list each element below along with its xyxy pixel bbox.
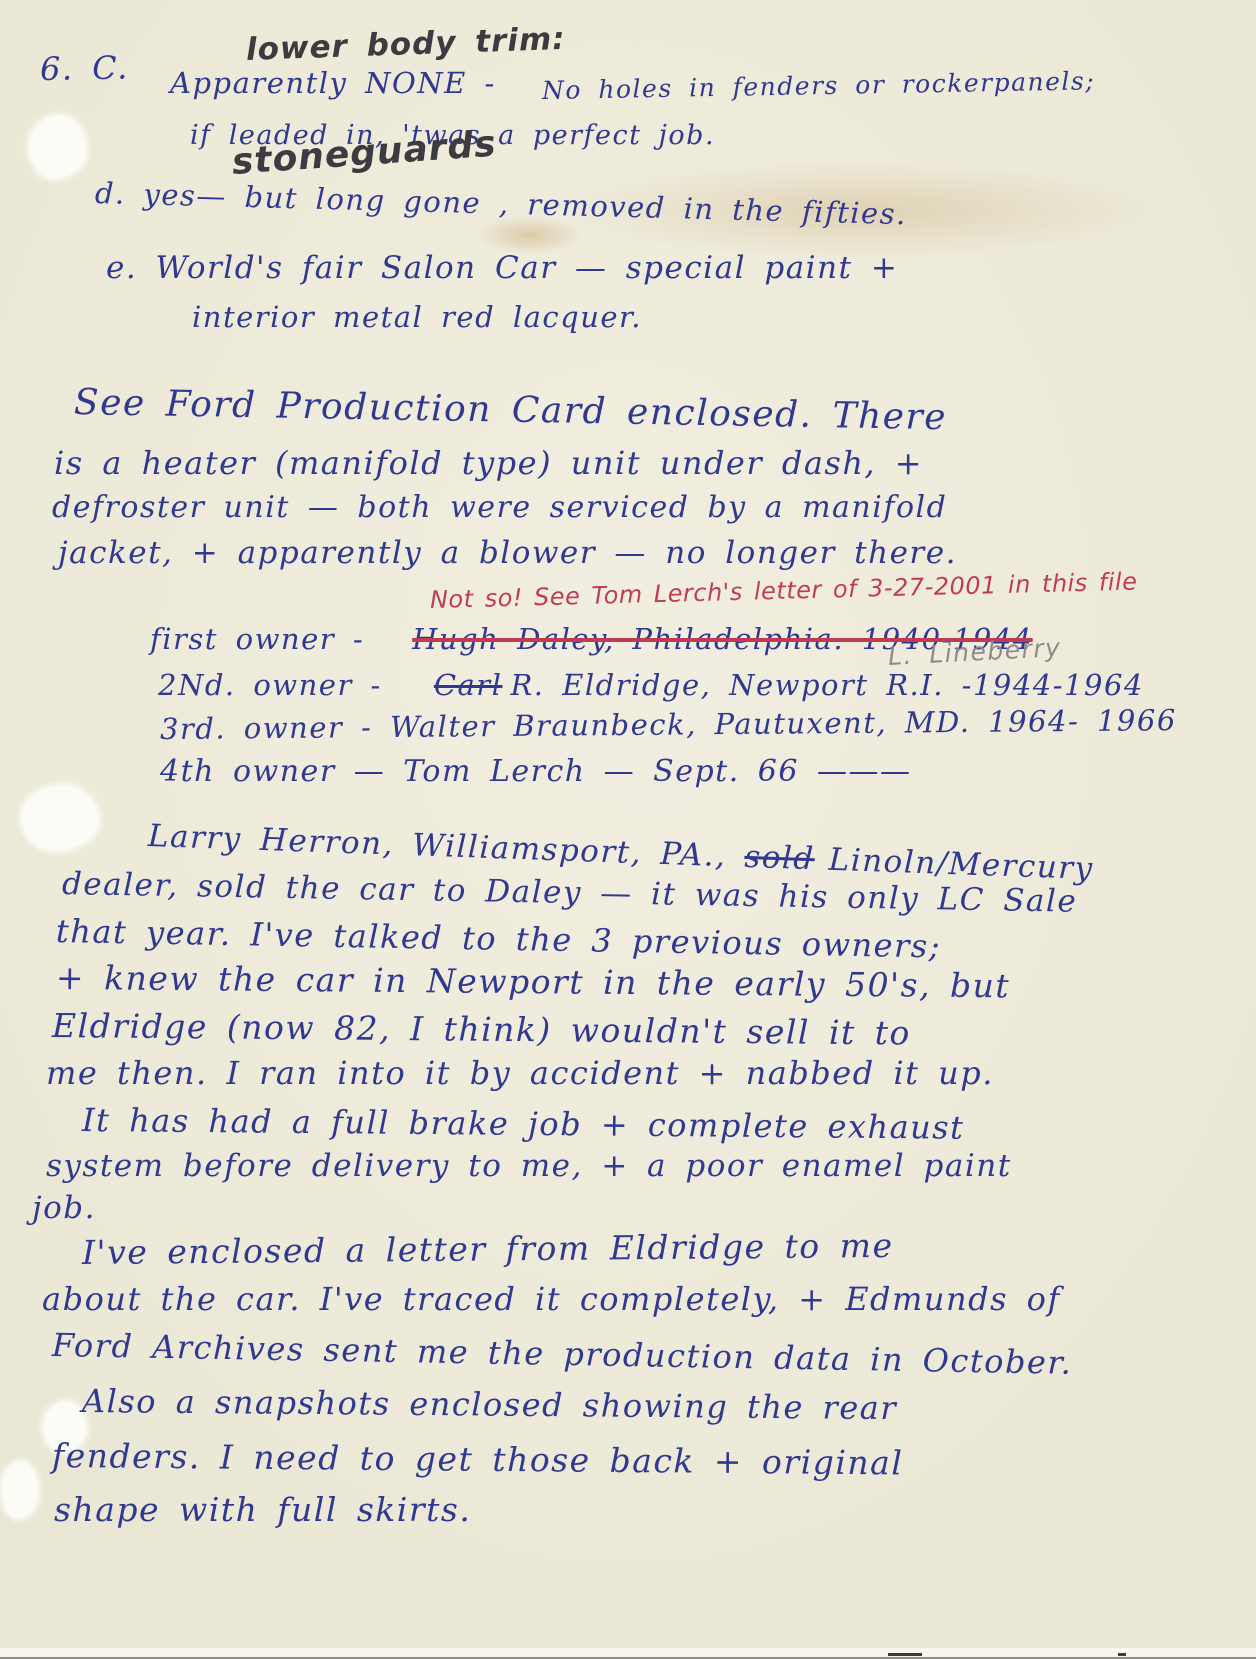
owner-second-text: R. Eldridge, Newport R.I. -1944-1964	[510, 668, 1143, 702]
scan-edge-mark	[888, 1653, 922, 1656]
scan-edge	[0, 1648, 1256, 1659]
para-brakes-line-1: It has had a full brake job + complete e…	[82, 1101, 965, 1147]
owner-second-label: 2Nd. owner -	[158, 668, 382, 702]
item-d: d. yes— but long gone , removed in the f…	[95, 176, 908, 231]
para-dealer-line-4: + knew the car in Newport in the early 5…	[56, 958, 1011, 1005]
para-letter-line-1: I've enclosed a letter from Eldridge to …	[82, 1226, 894, 1272]
item-e-line-2: interior metal red lacquer.	[192, 300, 642, 334]
item-6c-marker: 6. C.	[40, 48, 129, 88]
item-c-answer: Apparently NONE -	[170, 66, 496, 100]
paper-hole-artifact	[30, 116, 86, 178]
para-letter-line-4: Also a snapshots enclosed showing the re…	[82, 1382, 897, 1427]
paper-hole-artifact	[22, 786, 98, 850]
owner-line-fourth: 4th owner — Tom Lerch — Sept. 66 ———	[160, 754, 912, 789]
para-letter-line-5: fenders. I need to get those back + orig…	[52, 1436, 904, 1482]
para-brakes-line-2: system before delivery to me, + a poor e…	[46, 1148, 1012, 1184]
owner-line-third: 3rd. owner - Walter Braunbeck, Pautuxent…	[160, 703, 1177, 746]
para-heater-line-4: jacket, + apparently a blower — no longe…	[58, 535, 957, 571]
owner-second-struck-text: Carl	[434, 668, 503, 702]
item-c-detail: No holes in fenders or rockerpanels;	[542, 66, 1096, 105]
para-dealer-line-3: that year. I've talked to the 3 previous…	[56, 912, 942, 965]
para-heater-line-3: defroster unit — both were serviced by a…	[52, 490, 947, 525]
para-heater-line-1: See Ford Production Card enclosed. There	[74, 382, 948, 438]
paper-hole-artifact	[2, 1462, 38, 1518]
handwritten-letter-page: 6. C. lower body trim: Apparently NONE -…	[0, 0, 1256, 1659]
pencil-annotation-lower-body-trim: lower body trim:	[245, 21, 566, 68]
owner-first-label: first owner -	[150, 622, 364, 656]
para-dealer-line-6: me then. I ran into it by accident + nab…	[46, 1054, 994, 1092]
para-letter-line-2: about the car. I've traced it completely…	[42, 1280, 1061, 1318]
para-dealer-line-5: Eldridge (now 82, I think) wouldn't sell…	[52, 1006, 911, 1052]
item-e-line-1: e. World's fair Salon Car — special pain…	[106, 250, 898, 286]
red-annotation-not-so: Not so! See Tom Lerch's letter of 3-27-2…	[430, 567, 1138, 614]
para-letter-line-3: Ford Archives sent me the production dat…	[52, 1326, 1073, 1382]
owner-line-second: 2Nd. owner -CarlR. Eldridge, Newport R.I…	[158, 668, 1144, 702]
para-brakes-line-3: job.	[32, 1190, 96, 1226]
para-heater-line-2: is a heater (manifold type) unit under d…	[54, 444, 923, 482]
dealer-line-pre: Larry Herron, Williamsport, PA.,	[147, 818, 727, 874]
dealer-struck-sold: sold	[744, 839, 816, 877]
para-letter-line-6: shape with full skirts.	[54, 1490, 471, 1529]
scan-edge-mark	[1118, 1653, 1126, 1656]
